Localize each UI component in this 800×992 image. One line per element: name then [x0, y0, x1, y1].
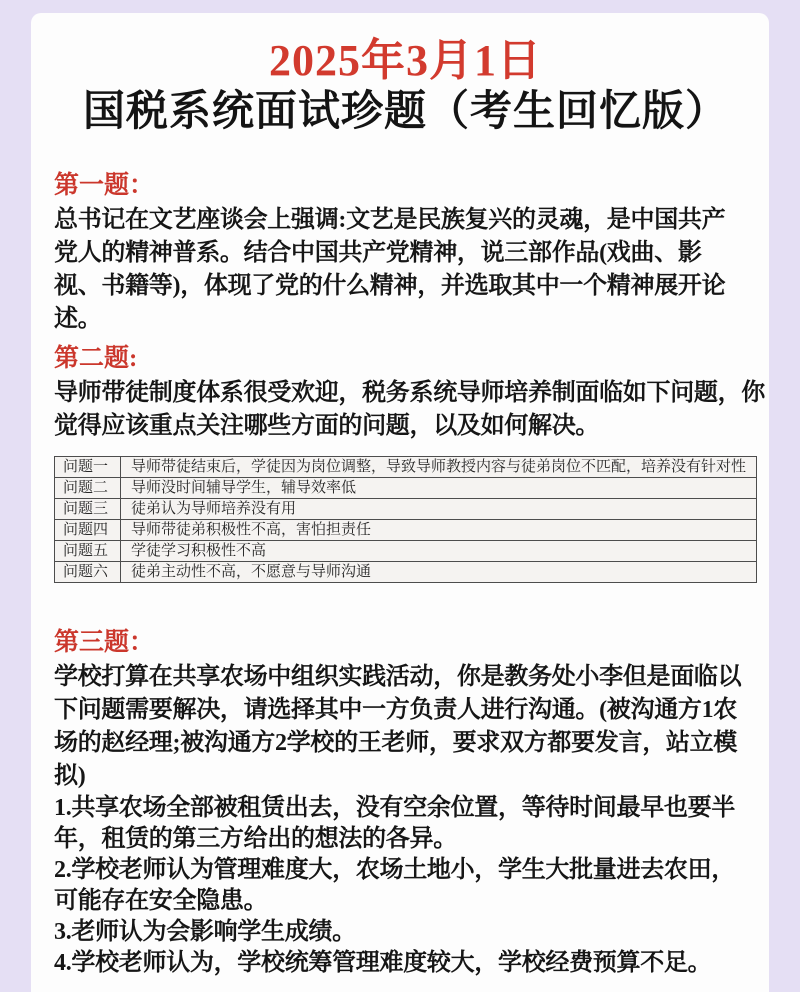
question3-body: 学校打算在共享农场中组织实践活动，你是教务处小李但是面临以 下问题需要解决，请选…	[54, 661, 757, 793]
row-text-cell: 学徒学习积极性不高	[121, 541, 757, 562]
table-row: 问题四 导师带徒弟积极性不高，害怕担责任	[55, 520, 757, 541]
row-text-cell: 徒弟认为导师培养没有用	[121, 499, 757, 520]
row-text-cell: 导师带徒弟积极性不高，害怕担责任	[121, 520, 757, 541]
row-label-cell: 问题三	[55, 499, 121, 520]
row-label-cell: 问题六	[55, 562, 121, 583]
question1-body: 总书记在文艺座谈会上强调:文艺是民族复兴的灵魂，是中国共产 党人的精神普系。结合…	[54, 204, 757, 336]
question3-list-line: 1.共享农场全部被租赁出去，没有空余位置，等待时间最早也要半	[54, 793, 757, 824]
date-title: 2025年3月1日	[54, 39, 757, 83]
row-label-cell: 问题四	[55, 520, 121, 541]
table-row: 问题六 徒弟主动性不高，不愿意与导师沟通	[55, 562, 757, 583]
question3-list-line: 4.学校老师认为，学校统筹管理难度较大，学校经费预算不足。	[54, 948, 757, 979]
question3-header: 第三题：	[54, 629, 757, 657]
question3-body-line: 拟)	[54, 760, 757, 793]
question2-body: 导师带徒制度体系很受欢迎，税务系统导师培养制面临如下问题，你 觉得应该重点关注哪…	[54, 377, 757, 443]
question3-list-line: 3.老师认为会影响学生成绩。	[54, 917, 757, 948]
page-background: { "page": { "date_title": "2025年3月1日", "…	[0, 0, 800, 992]
table-row: 问题五 学徒学习积极性不高	[55, 541, 757, 562]
question3-list-line: 可能存在安全隐患。	[54, 886, 757, 917]
question3-list-line: 年，租赁的第三方给出的想法的各异。	[54, 824, 757, 855]
question1-body-line: 视、书籍等)，体现了党的什么精神，并选取其中一个精神展开论	[54, 270, 757, 303]
row-text-cell: 导师没时间辅导学生，辅导效率低	[121, 478, 757, 499]
question2-body-line: 觉得应该重点关注哪些方面的问题，以及如何解决。	[54, 410, 757, 443]
table-row: 问题三 徒弟认为导师培养没有用	[55, 499, 757, 520]
row-text-cell: 徒弟主动性不高，不愿意与导师沟通	[121, 562, 757, 583]
row-label-cell: 问题五	[55, 541, 121, 562]
question3-body-line: 学校打算在共享农场中组织实践活动，你是教务处小李但是面临以	[54, 661, 757, 694]
question3-list: 1.共享农场全部被租赁出去，没有空余位置，等待时间最早也要半 年，租赁的第三方给…	[54, 793, 757, 979]
table-row: 问题一 导师带徒结束后，学徒因为岗位调整，导致导师教授内容与徒弟岗位不匹配，培养…	[55, 457, 757, 478]
question3-body-line: 场的赵经理;被沟通方2学校的王老师，要求双方都要发言，站立模	[54, 727, 757, 760]
row-label-cell: 问题一	[55, 457, 121, 478]
question1-body-line: 党人的精神普系。结合中国共产党精神，说三部作品(戏曲、影	[54, 237, 757, 270]
question3-body-line: 下问题需要解决，请选择其中一方负责人进行沟通。(被沟通方1农	[54, 694, 757, 727]
question2-body-line: 导师带徒制度体系很受欢迎，税务系统导师培养制面临如下问题，你	[54, 377, 757, 410]
question1-header: 第一题：	[54, 172, 757, 200]
question3-list-line: 2.学校老师认为管理难度大，农场土地小，学生大批量进去农田，	[54, 855, 757, 886]
row-text-cell: 导师带徒结束后，学徒因为岗位调整，导致导师教授内容与徒弟岗位不匹配，培养没有针对…	[121, 457, 757, 478]
problems-table: 问题一 导师带徒结束后，学徒因为岗位调整，导致导师教授内容与徒弟岗位不匹配，培养…	[54, 456, 757, 583]
table-row: 问题二 导师没时间辅导学生，辅导效率低	[55, 478, 757, 499]
question2-header: 第二题:	[54, 345, 757, 373]
question1-body-line: 总书记在文艺座谈会上强调:文艺是民族复兴的灵魂，是中国共产	[54, 204, 757, 237]
main-title: 国税系统面试珍题（考生回忆版）	[54, 89, 757, 135]
content-card: 2025年3月1日 国税系统面试珍题（考生回忆版） 第一题： 总书记在文艺座谈会…	[31, 13, 769, 992]
row-label-cell: 问题二	[55, 478, 121, 499]
question1-body-line: 述。	[54, 303, 757, 336]
